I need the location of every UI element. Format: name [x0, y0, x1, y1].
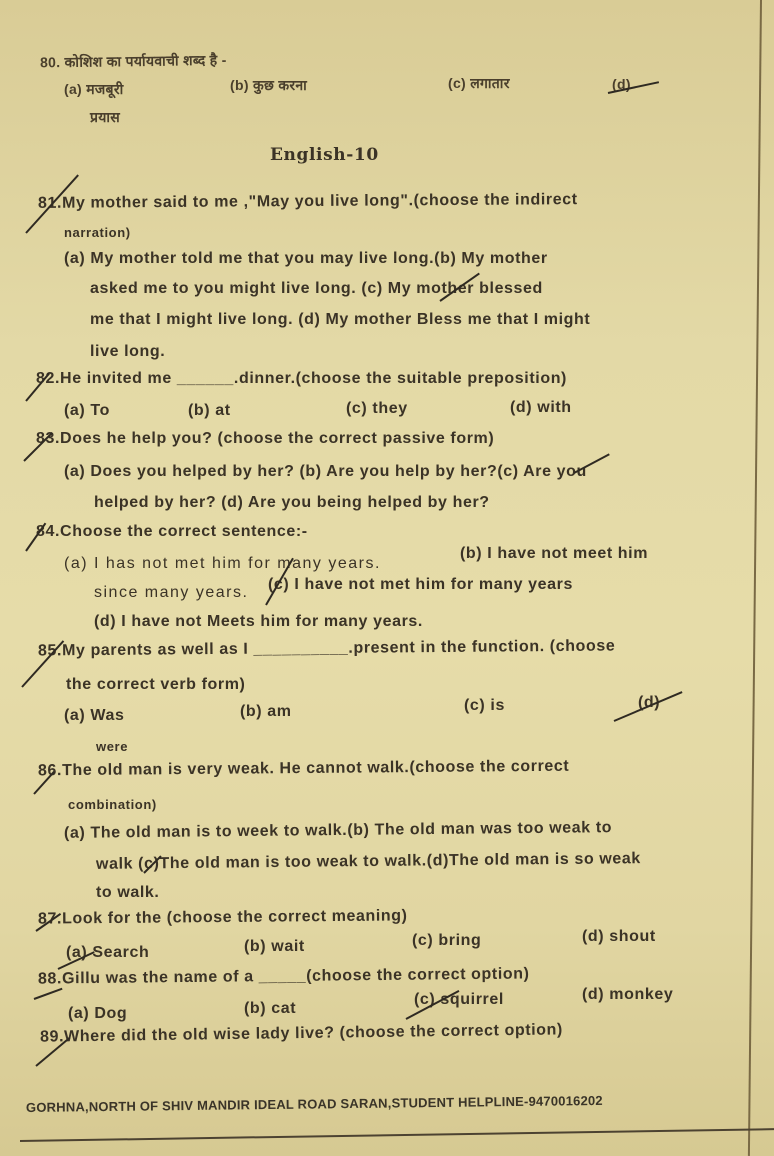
option-line: (a) Does you helped by her? (b) Are you …: [64, 463, 587, 481]
question-text: Look for the (choose the correct meaning…: [62, 907, 408, 927]
option-d: (d) I have not Meets him for many years.: [94, 613, 423, 631]
footer-address: GORHNA,NORTH OF SHIV MANDIR IDEAL ROAD S…: [26, 1093, 603, 1115]
question-text: कोशिश का पर्यायवाची शब्द है -: [64, 52, 226, 70]
option-b: (b) कुछ करना: [230, 76, 307, 95]
question-88: 88.Gillu was the name of a _____(choose …: [38, 965, 530, 988]
option-line: me that I might live long. (d) My mother…: [90, 311, 590, 329]
question-text-cont: combination): [68, 797, 157, 812]
option-d-text: were: [96, 739, 128, 754]
option-c: (c) लगातार: [448, 74, 510, 93]
question-text: Gillu was the name of a _____(choose the…: [62, 965, 530, 987]
question-number: 88.: [38, 970, 62, 987]
option-a: (a) Dog: [68, 1005, 127, 1023]
question-81: 81.My mother said to me ,"May you live l…: [38, 191, 578, 213]
option-line: live long.: [90, 343, 165, 361]
option-line: (a) My mother told me that you may live …: [64, 250, 548, 268]
question-number: 80.: [40, 54, 61, 70]
question-83: 83.Does he help you? (choose the correct…: [36, 430, 494, 448]
question-text-cont: the correct verb form): [66, 676, 245, 694]
question-text: Where did the old wise lady live? (choos…: [64, 1021, 563, 1045]
page-edge-rule: [748, 0, 762, 1156]
question-85: 85.My parents as well as I __________.pr…: [38, 637, 615, 660]
question-text: My parents as well as I __________.prese…: [62, 637, 615, 659]
option-b: (b) wait: [244, 938, 305, 956]
option-a: (a) To: [64, 402, 110, 420]
option-line: to walk.: [96, 884, 159, 902]
question-87: 87.Look for the (choose the correct mean…: [38, 907, 408, 928]
option-d: (d) with: [510, 399, 572, 417]
question-86: 86.The old man is very weak. He cannot w…: [38, 758, 569, 781]
question-80: 80. कोशिश का पर्यायवाची शब्द है -: [40, 51, 227, 73]
question-text: My mother said to me ,"May you live long…: [62, 191, 578, 212]
option-d: (d) monkey: [582, 986, 673, 1004]
question-text: Choose the correct sentence:-: [60, 523, 308, 540]
footer-rule: [20, 1128, 774, 1142]
option-c: (c) I have not met him for many years: [268, 576, 573, 594]
section-title: English-10: [270, 145, 379, 165]
option-c: (c) bring: [412, 932, 481, 950]
option-b-cont: since many years.: [94, 584, 248, 602]
question-text-cont: narration): [64, 225, 131, 240]
option-a: (a) I has not met him for many years.: [64, 555, 381, 573]
option-c: (c) is: [464, 697, 505, 715]
option-a: (a) Was: [64, 707, 125, 725]
option-b: (b) at: [188, 402, 231, 420]
option-line: helped by her? (d) Are you being helped …: [94, 494, 490, 512]
option-line: (a) The old man is to week to walk.(b) T…: [64, 819, 612, 843]
option-b: (b) am: [240, 703, 292, 721]
question-text: Does he help you? (choose the correct pa…: [60, 430, 494, 447]
question-text: The old man is very weak. He cannot walk…: [62, 758, 569, 779]
question-89: 89.Where did the old wise lady live? (ch…: [40, 1021, 563, 1046]
option-d: (d) shout: [582, 928, 656, 946]
option-b: (b) cat: [244, 1000, 296, 1018]
option-a: (a) मजबूरी: [64, 80, 124, 99]
option-d-text: प्रयास: [90, 108, 120, 127]
pen-tick-88: [34, 988, 63, 1000]
question-84: 84.Choose the correct sentence:-: [36, 523, 308, 541]
question-82: 82.He invited me ______.dinner.(choose t…: [36, 370, 567, 388]
option-b: (b) I have not meet him: [460, 545, 648, 563]
option-line: walk (c)The old man is too weak to walk.…: [96, 850, 641, 874]
question-text: He invited me ______.dinner.(choose the …: [60, 370, 567, 387]
option-c: (c) they: [346, 400, 408, 418]
option-line: asked me to you might live long. (c) My …: [90, 280, 543, 298]
